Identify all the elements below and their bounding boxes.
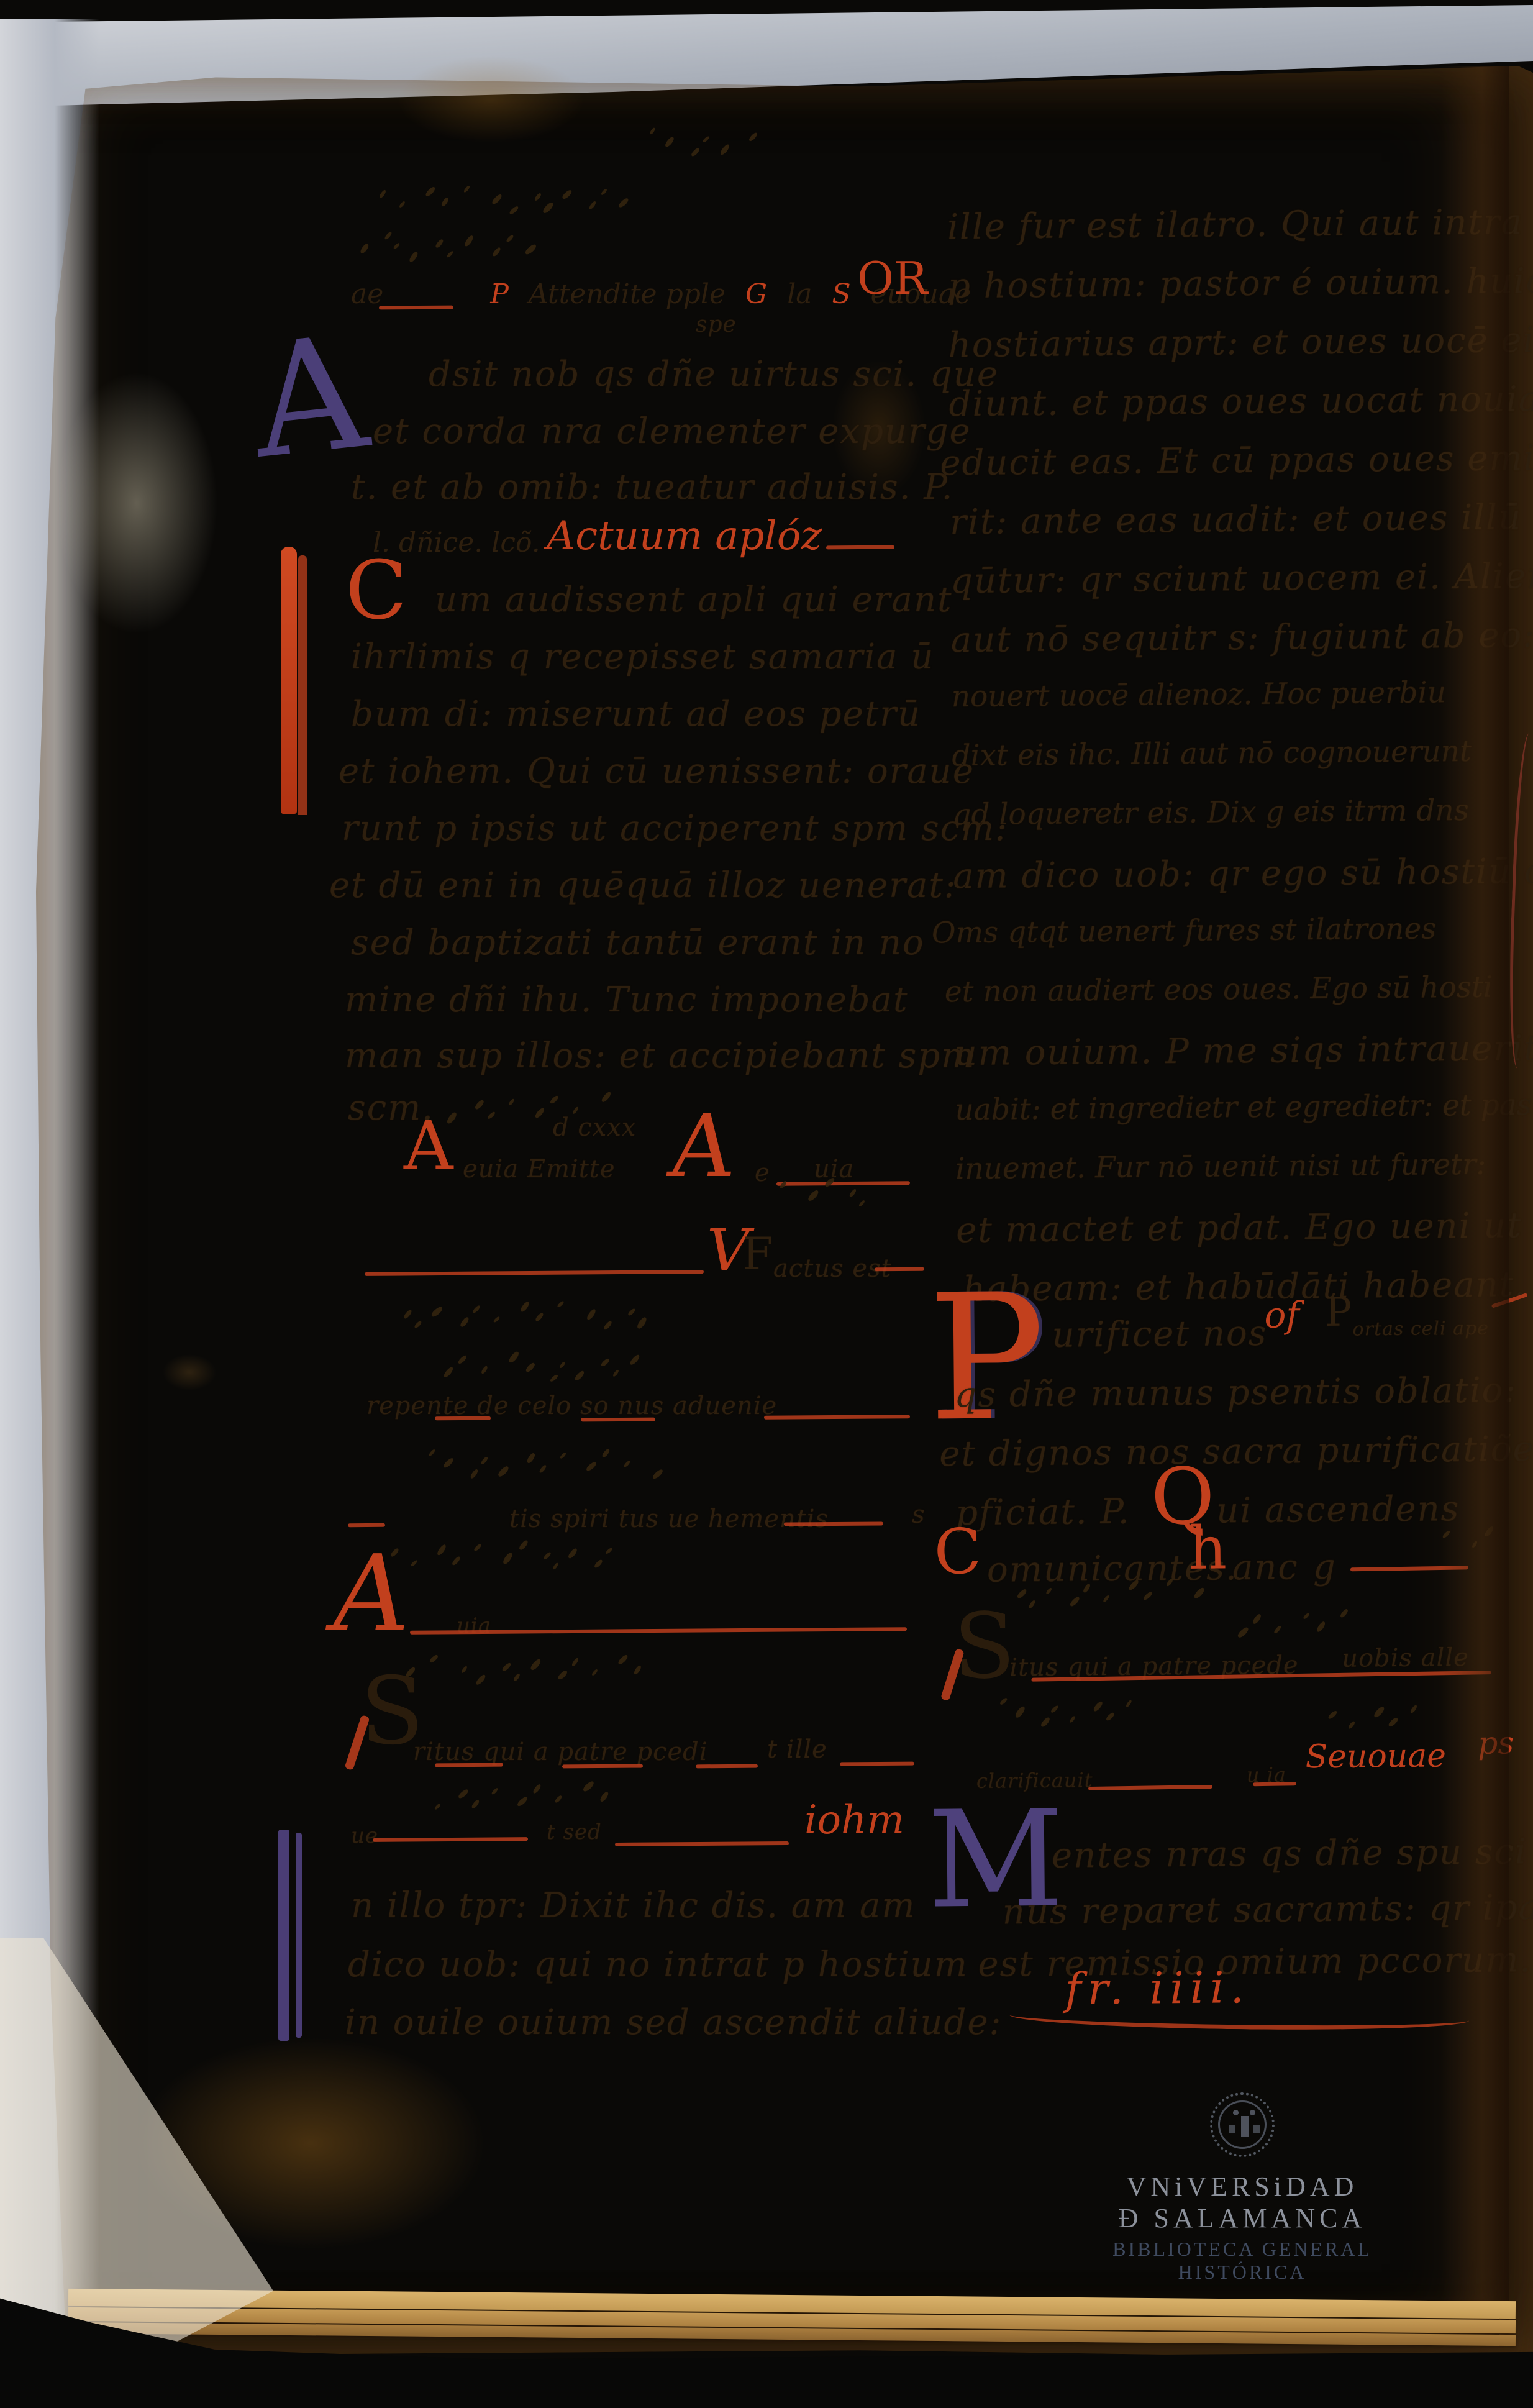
rubric-letter: P [490,278,509,310]
chant-text: s [912,1502,926,1527]
binding-gutter-shadow [1441,66,1509,2327]
staff-line [435,1416,491,1421]
staff-line [840,1762,914,1766]
neume-cluster [764,1174,907,1211]
text-line: Oms qtqt uenert fures st ilatrones [932,914,1437,947]
illuminated-initial-a: A [247,330,371,465]
staff-line [784,1521,883,1526]
chant-text: t ille [767,1737,827,1762]
text-line: et non audiert eos oues. Ego sū hosti [945,973,1493,1007]
text-line: dixt eis ihc. Illi aut nō cognouerunt [952,737,1472,770]
stain [163,1354,216,1390]
text-line: qs dñe munus psentis oblatio: [954,1373,1517,1413]
rubric-dash [826,545,894,550]
chant-initial-f: F [742,1236,773,1272]
staff-line [696,1764,758,1769]
chant-text: t sed [547,1822,602,1843]
stain [56,373,217,634]
rubric-letter-h: h [1188,1525,1227,1572]
text-line: nouert uocē alienoz. Hoc puerbiu [951,678,1446,711]
text-line: dico uob: qui no intrat p hostium [348,1948,968,1982]
chant-text: euia Emitte [463,1157,616,1182]
text-line: ui ascendens [1216,1492,1460,1528]
text-line: et corda nra clementer expurge [373,414,971,449]
illuminated-initial-i [278,1830,289,2041]
neume-cluster [422,1777,795,1818]
rubric-letter: G [745,278,767,310]
staff-line [435,1763,503,1767]
neume-cluster [351,227,699,267]
oratio-cue: OR [857,261,927,297]
text-line: man sup illos: et accipiebant spm [345,1039,975,1074]
red-initial-flourish [281,547,297,814]
staff-line [875,1267,924,1272]
text-line: runt p ipsis ut acciperent spm scm: [342,811,1008,846]
neume-cluster [1217,1607,1453,1643]
feria-rubric: fr. iiii. [1065,1970,1250,2007]
university-seal-icon [1210,2092,1275,2157]
seal-quarter [1253,2125,1260,2133]
text-line: dsit nob qs dñe uirtus sci. que [429,357,999,392]
text-line: um audissent apli qui erant [435,583,953,618]
watermark-de-salamanca: Ð SALAMANCA [1081,2202,1404,2234]
text-line: bum di: miserunt ad eos petrū [351,697,921,732]
text-line: ihrlimis q recepisset samaria ū [351,640,934,675]
staff-line [562,1764,643,1769]
interlinear-gloss: spe [696,314,737,336]
offertory-cue: of [1264,1300,1299,1329]
chant-cue: d cxxx [553,1115,636,1140]
neume-cluster [373,177,820,221]
chant-initial-a: A [666,1112,739,1182]
seal-figure [1241,2116,1249,2137]
neume-cluster [976,1689,1299,1733]
illuminated-initial-c: C [345,558,407,623]
text-line: mine dñi ihu. Tunc imponebat [345,983,908,1018]
chant-text: ritus qui a patre pcedi [413,1740,708,1764]
cue-text: Attendite pple [529,278,726,310]
illuminated-initial-i [296,1833,302,2038]
seal-dot [1233,2110,1239,2115]
neume-cluster [422,1345,857,1389]
euouae-rubric: Seuouae [1305,1743,1446,1771]
seal-dot [1250,2110,1255,2115]
text-line: sed baptizati tantū erant in no [351,926,925,960]
text-line: inuemet. Fur nō uenit nisi ut furetr: [955,1150,1486,1183]
text-line: n illo tpr: Dixit ihc dis. am am [351,1889,916,1923]
text-line: urificet nos [1052,1316,1267,1353]
neume-cluster [385,1292,894,1338]
chant-initial-a: A [404,1118,453,1173]
text-line: qd loqueretr eis. Dix g eis itrm dns [952,796,1469,829]
text-line: in ouile ouium sed ascendit aliude: [345,2005,1002,2040]
neume-cluster [404,1441,876,1486]
stain [398,56,584,143]
chant-text: tis spiri tus ue hementis [509,1507,829,1531]
neume-cluster [385,1535,882,1579]
staff-line [581,1418,655,1422]
text-line: ille fur est ilatro. Qui aut intra [947,205,1524,245]
rubric-dash [379,306,453,310]
staff-line [1253,1782,1296,1786]
adjacent-page-edge [1503,60,1533,2358]
text-line: et iohem. Qui cū uenissent: oraue [339,754,975,789]
rubric-initial-c: C [934,1527,981,1577]
staff-line [348,1523,385,1527]
cue-text: la [787,278,812,310]
watermark-university: VNiVERSiDAD [1081,2171,1404,2202]
chant-text: ue [351,1825,378,1846]
neume-cluster [398,1646,907,1692]
chant-text: repente de celo so nus aduenie [366,1393,777,1418]
offertory-initial: P [1325,1297,1352,1329]
rubric-letter: S [832,278,851,310]
manuscript-photo: ae P Attendite pple G la S euouae OR spe… [0,0,1533,2408]
text-line: pficiat. P. [955,1495,1130,1531]
seal-quarter [1229,2125,1235,2133]
gospel-cue: iohm [804,1805,904,1836]
text-line: t. et ab omib: tueatur aduisis. P. [351,470,953,505]
library-watermark: VNiVERSiDAD Ð SALAMANCA BIBLIOTECA GENER… [1081,2092,1404,2284]
chant-initial-a: A [325,1552,416,1636]
neume-cluster [646,124,832,162]
lesson-heading-rubric: Actuum aplóz [547,521,822,552]
chant-initial-s: S [953,1610,1016,1683]
watermark-library: BIBLIOTECA GENERAL HISTÓRICA [1081,2238,1404,2284]
text-line: et dū eni in quēquā illoz uenerat: [329,869,957,903]
